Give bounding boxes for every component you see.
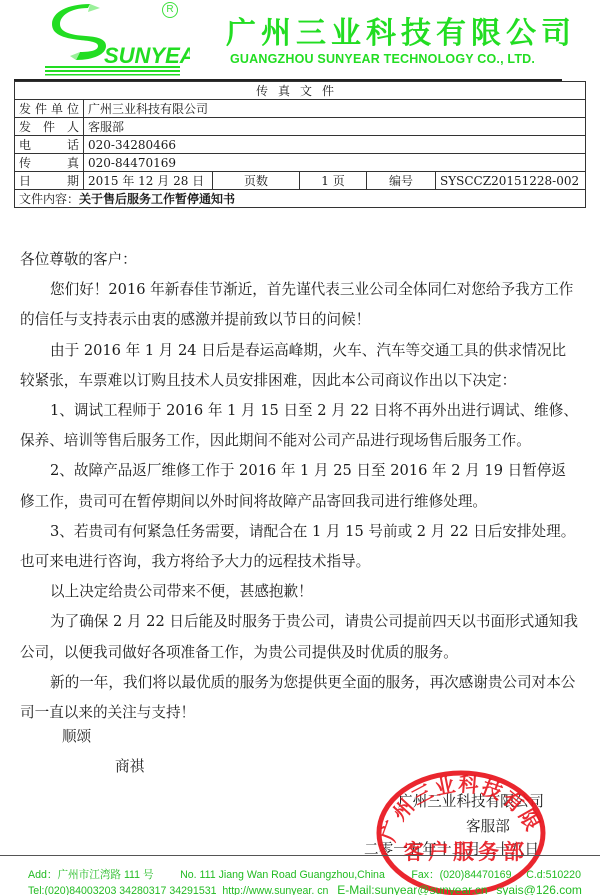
subject-label: 文件内容： (19, 192, 79, 206)
company-name-cn: 广州三业科技有限公司 (226, 8, 576, 52)
footer-email-link[interactable]: E-Mail:sunyear@sunyear.cn (337, 883, 487, 895)
paragraph-item-3: 3、若贵司有何紧急任务需要，请配合在 1 月 15 号前或 2 月 22 日后安… (20, 517, 580, 577)
number-label: 编号 (367, 172, 436, 190)
footer-email-alt-link[interactable]: syais@126.com (496, 883, 582, 895)
date-row: 日期 2015 年 12 月 28 日 页数 1 页 编号 SYSCCZ2015… (15, 172, 586, 190)
closing-wishes: 商祺 (115, 755, 144, 776)
fax-label: 传真 (15, 154, 84, 172)
paragraph-apology: 以上决定给贵公司带来不便，甚感抱歉！ (20, 577, 580, 607)
subject-row: 文件内容：关于售后服务工作暂停通知书 (15, 190, 586, 208)
footer-postcode: C.d:510220 (526, 869, 581, 881)
fax-value: 020-84470169 (84, 154, 586, 172)
table-row: 发件单位 广州三业科技有限公司 (15, 100, 586, 118)
paragraph-item-2: 2、故障产品返厂维修工作于 2016 年 1 月 25 日至 2016 年 2 … (20, 456, 580, 516)
paragraph-greeting: 您们好！2016 年新春佳节渐近，首先谨代表三业公司全体同仁对您给予我方工作的信… (20, 275, 580, 335)
number-value: SYSCCZ20151228-002 (436, 172, 586, 190)
sender-unit-value: 广州三业科技有限公司 (84, 100, 586, 118)
table-row: 传真 020-84470169 (15, 154, 586, 172)
paragraph-reason: 由于 2016 年 1 月 24 日后是春运高峰期，火车、汽车等交通工具的供求情… (20, 336, 580, 396)
footer-fax: Fax：(020)84470169 (411, 869, 511, 881)
pages-label: 页数 (213, 172, 300, 190)
phone-value: 020-34280466 (84, 136, 586, 154)
closing-regards: 顺颂 (62, 725, 91, 746)
salutation: 各位尊敬的客户： (20, 245, 580, 275)
phone-label: 电话 (15, 136, 84, 154)
svg-text:广州三业科技有限公司: 广州三业科技有限公司 (373, 763, 546, 844)
footer-address-en: No. 111 Jiang Wan Road Guangzhou,China (180, 869, 385, 881)
seal-center-text: 客户服务部 (403, 840, 528, 864)
sender-value: 客服部 (84, 118, 586, 136)
fax-title-row: 传真文件 (15, 82, 586, 100)
fax-title: 传真文件 (15, 82, 586, 100)
subject-value: 关于售后服务工作暂停通知书 (79, 192, 235, 206)
footer-line-contact: Tel:(020)84003203 34280317 34291531 http… (28, 883, 582, 895)
sender-label: 发件人 (15, 118, 84, 136)
paragraph-notice: 为了确保 2 月 22 日后能及时服务于贵公司，请贵公司提前四天以书面形式通知我… (20, 607, 580, 667)
footer-divider (0, 855, 600, 856)
fax-cover-table: 传真文件 发件单位 广州三业科技有限公司 发件人 客服部 电话 020-3428… (14, 81, 586, 208)
footer-website-link[interactable]: http://www.sunyear. cn (222, 885, 328, 895)
footer-line-address: Add：广州市江湾路 111 号 No. 111 Jiang Wan Road … (28, 867, 581, 882)
table-row: 电话 020-34280466 (15, 136, 586, 154)
seal-arc-text: 广州三业科技有限公司 (373, 763, 546, 844)
company-name-en: GUANGZHOU SUNYEAR TECHNOLOGY CO., LTD. (230, 52, 535, 66)
date-value: 2015 年 12 月 28 日 (84, 172, 213, 190)
paragraph-item-1: 1、调试工程师于 2016 年 1 月 15 日至 2 月 22 日将不再外出进… (20, 396, 580, 456)
footer-address-cn: Add：广州市江湾路 111 号 (28, 869, 154, 881)
logo-wordmark: SUNYEAR (104, 43, 190, 68)
footer-tel: Tel:(020)84003203 34280317 34291531 (28, 885, 217, 895)
date-label: 日期 (15, 172, 84, 190)
letter-body: 各位尊敬的客户： 您们好！2016 年新春佳节渐近，首先谨代表三业公司全体同仁对… (20, 245, 580, 728)
registered-trademark-icon: R (162, 2, 178, 18)
table-row: 发件人 客服部 (15, 118, 586, 136)
paragraph-thanks: 新的一年，我们将以最优质的服务为您提供更全面的服务，再次感谢贵公司对本公司一直以… (20, 668, 580, 728)
pages-value: 1 页 (300, 172, 367, 190)
sender-unit-label: 发件单位 (15, 100, 84, 118)
